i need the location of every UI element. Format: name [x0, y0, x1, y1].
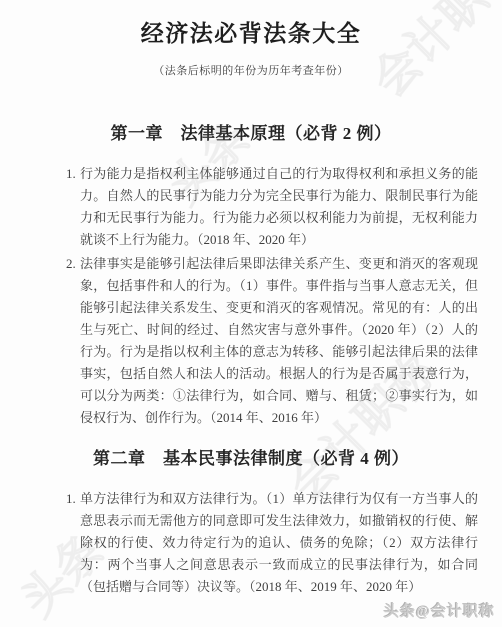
page-title: 经济法必背法条大全 — [0, 0, 502, 48]
chapter-2-section: 第二章 基本民事法律制度（必背 4 例） 1.单方法律行为和双方法律行为。（1）… — [0, 444, 502, 598]
law-item-1: 1.行为能力是指权利主体能够通过自己的行为取得权利和承担义务的能力。自然人的民事… — [66, 163, 478, 251]
item-number: 1. — [66, 491, 76, 506]
document-page: 经济法必背法条大全 （法条后标明的年份为历年考查年份） 第一章 法律基本原理（必… — [0, 0, 502, 627]
credit-watermark: 头条@会计职称 — [384, 600, 495, 621]
item-number: 1. — [66, 166, 76, 181]
law-item-1: 1.单方法律行为和双方法律行为。（1）单方法律行为仅有一方当事人的意思表示而无需… — [66, 488, 478, 598]
chapter-2-law-list: 1.单方法律行为和双方法律行为。（1）单方法律行为仅有一方当事人的意思表示而无需… — [0, 488, 502, 598]
item-text: 法律事实是能够引起法律后果即法律关系产生、变更和消灭的客观现象，包括事件和人的行… — [80, 256, 478, 425]
chapter-1-heading: 第一章 法律基本原理（必背 2 例） — [0, 119, 502, 144]
chapter-1-law-list: 1.行为能力是指权利主体能够通过自己的行为取得权利和承担义务的能力。自然人的民事… — [0, 163, 502, 429]
item-text: 行为能力是指权利主体能够通过自己的行为取得权利和承担义务的能力。自然人的民事行为… — [80, 166, 478, 247]
law-item-2: 2.法律事实是能够引起法律后果即法律关系产生、变更和消灭的客观现象，包括事件和人… — [66, 253, 478, 429]
item-number: 2. — [66, 256, 76, 271]
page-subtitle: （法条后标明的年份为历年考查年份） — [0, 62, 502, 78]
chapter-2-heading: 第二章 基本民事法律制度（必背 4 例） — [0, 444, 502, 469]
item-text: 单方法律行为和双方法律行为。（1）单方法律行为仅有一方当事人的意思表示而无需他方… — [80, 491, 478, 594]
chapter-1-section: 第一章 法律基本原理（必背 2 例） 1.行为能力是指权利主体能够通过自己的行为… — [0, 119, 502, 429]
